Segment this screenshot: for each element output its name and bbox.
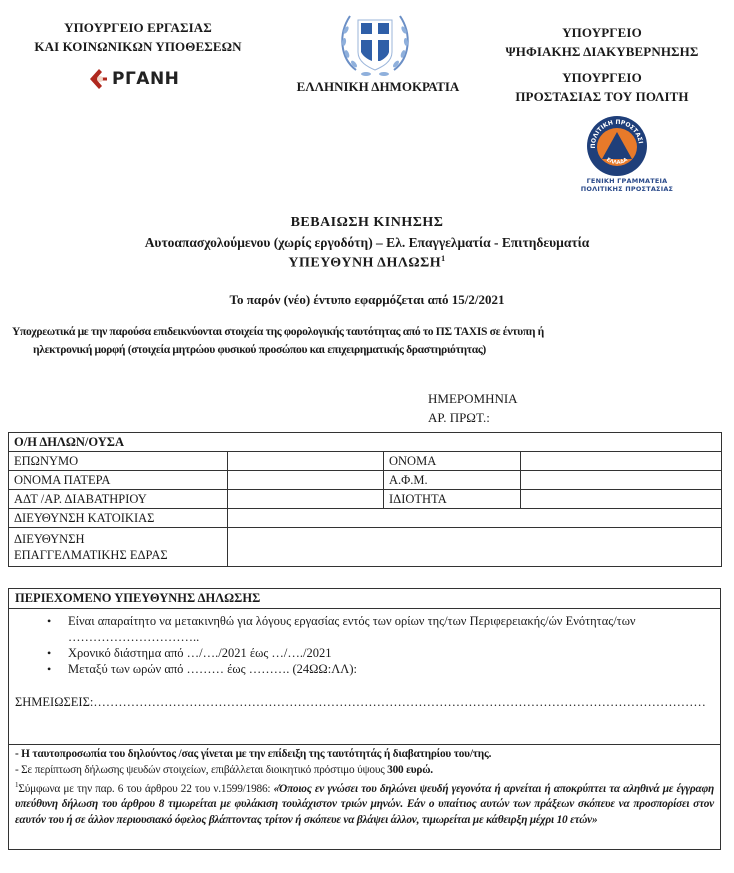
- work-movement-statement: Είναι απαραίτητο να μετακινηθώ για λόγου…: [68, 614, 636, 644]
- ministry-labour-line2: ΚΑΙ ΚΟΙΝΩΝΙΚΩΝ ΥΠΟΘΕΣΕΩΝ: [18, 37, 258, 56]
- ministry-labour-line1: ΥΠΟΥΡΓΕΙΟ ΕΡΓΑΣΙΑΣ: [18, 18, 258, 37]
- mandatory-notice: Υποχρεωτικά με την παρούσα επιδεικνύοντα…: [12, 323, 722, 359]
- date-label: ΗΜΕΡΟΜΗΝΙΑ: [428, 391, 518, 407]
- tax-id-label: Α.Φ.Μ.: [384, 471, 521, 490]
- declaration-content-header: ΠΕΡΙΕΧΟΜΕΝΟ ΥΠΕΥΘΥΝΗΣ ΔΗΛΩΣΗΣ: [9, 589, 720, 609]
- ergani-logo-text: ΡΓΑΝΗ: [112, 69, 179, 89]
- capacity-label: ΙΔΙΟΤΗΤΑ: [384, 490, 521, 509]
- mandatory-notice-line2: ηλεκτρονική μορφή (στοιχεία μητρώου φυσι…: [12, 341, 722, 359]
- time-period-statement: Χρονικό διάστημα από …/…./2021 έως …/…./…: [68, 646, 331, 660]
- civil-caption-line2: ΠΟΛΙΤΙΚΗΣ ΠΡΟΣΤΑΣΙΑΣ: [578, 185, 676, 193]
- father-name-field[interactable]: [228, 471, 384, 490]
- business-address-label-line2: ΕΠΑΓΓΕΛΜΑΤΙΚΗΣ ΕΔΡΑΣ: [14, 547, 222, 563]
- home-address-label: ΔΙΕΥΘΥΝΣΗ ΚΑΤΟΙΚΙΑΣ: [9, 509, 228, 528]
- legal-reference: 1Σύμφωνα με την παρ. 6 του άρθρου 22 του…: [15, 778, 714, 828]
- business-address-field[interactable]: [228, 528, 722, 567]
- mandatory-notice-line1: Υποχρεωτικά με την παρούσα επιδεικνύοντα…: [12, 323, 722, 341]
- validity-notice: Το παρόν (νέο) έντυπο εφαρμόζεται από 15…: [0, 292, 734, 308]
- document-subtitle: Αυτοαπασχολούμενου (χωρίς εργοδότη) – Ελ…: [0, 235, 734, 251]
- identity-note: - Η ταυτοπροσωπία του δηλούντος /σας γίν…: [15, 747, 714, 763]
- legal-footer: - Η ταυτοπροσωπία του δηλούντος /σας γίν…: [9, 744, 720, 849]
- protocol-number-label: ΑΡ. ΠΡΩΤ.:: [428, 410, 490, 426]
- declarant-table: Ο/Η ΔΗΛΩΝ/ΟΥΣΑ ΕΠΩΝΥΜΟ ΟΝΟΜΑ ΟΝΟΜΑ ΠΑΤΕΡ…: [8, 432, 722, 567]
- hours-statement: Μεταξύ των ωρών από ……… έως ………. (24ΩΩ:Λ…: [68, 662, 357, 676]
- tax-id-field[interactable]: [521, 471, 722, 490]
- penalty-amount: 300 ευρώ.: [387, 764, 433, 776]
- table-row: ΔΙΕΥΘΥΝΣΗ ΚΑΤΟΙΚΙΑΣ: [9, 509, 722, 528]
- first-name-label: ΟΝΟΜΑ: [384, 452, 521, 471]
- table-row: ΑΔΤ /ΑΡ. ΔΙΑΒΑΤΗΡΙΟΥ ΙΔΙΟΤΗΤΑ: [9, 490, 722, 509]
- notes-field[interactable]: ΣΗΜΕΙΩΣΕΙΣ:………………………………………………………………………………: [9, 695, 705, 710]
- ergani-arrow-icon: [88, 68, 110, 90]
- list-item[interactable]: • Είναι απαραίτητο να μετακινηθώ για λόγ…: [9, 613, 720, 645]
- bullet-icon: •: [47, 645, 51, 661]
- table-row: ΔΙΕΥΘΥΝΣΗ ΕΠΑΓΓΕΛΜΑΤΙΚΗΣ ΕΔΡΑΣ: [9, 528, 722, 567]
- id-passport-field[interactable]: [228, 490, 384, 509]
- list-item[interactable]: • Χρονικό διάστημα από …/…./2021 έως …/……: [9, 645, 720, 661]
- id-passport-label: ΑΔΤ /ΑΡ. ΔΙΑΒΑΤΗΡΙΟΥ: [9, 490, 228, 509]
- ministry-citizen-protection-heading: ΥΠΟΥΡΓΕΙΟ ΠΡΟΣΤΑΣΙΑΣ ΤΟΥ ΠΟΛΙΤΗ: [490, 68, 714, 106]
- ministry-digital-line2: ΨΗΦΙΑΚΗΣ ΔΙΑΚΥΒΕΡΝΗΣΗΣ: [490, 42, 714, 61]
- declarant-table-header-row: Ο/Η ΔΗΛΩΝ/ΟΥΣΑ: [9, 433, 722, 452]
- declaration-content-list: • Είναι απαραίτητο να μετακινηθώ για λόγ…: [9, 613, 720, 677]
- penalty-note: - Σε περίπτωση δήλωσης ψευδών στοιχείων,…: [15, 763, 714, 779]
- civil-protection-logo-icon: ΠΟΛΙΤΙΚΗ ΠΡΟΣΤΑΣΙΑ ΕΛΛΑΔΑ: [585, 114, 649, 178]
- father-name-label: ΟΝΟΜΑ ΠΑΤΕΡΑ: [9, 471, 228, 490]
- greek-coat-of-arms-icon: [336, 4, 414, 80]
- home-address-field[interactable]: [228, 509, 722, 528]
- penalty-note-text: - Σε περίπτωση δήλωσης ψευδών στοιχείων,…: [15, 764, 387, 776]
- document-type-text: ΥΠΕΥΘΥΝΗ ΔΗΛΩΣΗ: [288, 256, 441, 271]
- ergani-logo: ΡΓΑΝΗ: [88, 66, 188, 92]
- document-title: ΒΕΒΑΙΩΣΗ ΚΙΝΗΣΗΣ: [0, 215, 734, 231]
- ministry-digital-governance-heading: ΥΠΟΥΡΓΕΙΟ ΨΗΦΙΑΚΗΣ ΔΙΑΚΥΒΕΡΝΗΣΗΣ: [490, 23, 714, 61]
- business-address-label: ΔΙΕΥΘΥΝΣΗ ΕΠΑΓΓΕΛΜΑΤΙΚΗΣ ΕΔΡΑΣ: [9, 528, 228, 567]
- document-type-heading: ΥΠΕΥΘΥΝΗ ΔΗΛΩΣΗ1: [0, 254, 734, 272]
- table-row: ΕΠΩΝΥΜΟ ΟΝΟΜΑ: [9, 452, 722, 471]
- list-item[interactable]: • Μεταξύ των ωρών από ……… έως ………. (24ΩΩ…: [9, 661, 720, 677]
- business-address-label-line1: ΔΙΕΥΘΥΝΣΗ: [14, 531, 222, 547]
- ministry-citizen-line1: ΥΠΟΥΡΓΕΙΟ: [490, 68, 714, 87]
- capacity-field[interactable]: [521, 490, 722, 509]
- bullet-icon: •: [47, 613, 51, 629]
- ministry-labour-heading: ΥΠΟΥΡΓΕΙΟ ΕΡΓΑΣΙΑΣ ΚΑΙ ΚΟΙΝΩΝΙΚΩΝ ΥΠΟΘΕΣ…: [18, 18, 258, 56]
- declaration-content-box: ΠΕΡΙΕΧΟΜΕΝΟ ΥΠΕΥΘΥΝΗΣ ΔΗΛΩΣΗΣ • Είναι απ…: [8, 588, 721, 850]
- surname-label: ΕΠΩΝΥΜΟ: [9, 452, 228, 471]
- legal-reference-text: Σύμφωνα με την παρ. 6 του άρθρου 22 του …: [18, 783, 273, 795]
- first-name-field[interactable]: [521, 452, 722, 471]
- bullet-icon: •: [47, 661, 51, 677]
- declarant-table-header: Ο/Η ΔΗΛΩΝ/ΟΥΣΑ: [9, 433, 722, 452]
- civil-protection-caption: ΓΕΝΙΚΗ ΓΡΑΜΜΑΤΕΙΑ ΠΟΛΙΤΙΚΗΣ ΠΡΟΣΤΑΣΙΑΣ: [578, 177, 676, 193]
- ministry-digital-line1: ΥΠΟΥΡΓΕΙΟ: [490, 23, 714, 42]
- ministry-citizen-line2: ΠΡΟΣΤΑΣΙΑΣ ΤΟΥ ΠΟΛΙΤΗ: [490, 87, 714, 106]
- table-row: ΟΝΟΜΑ ΠΑΤΕΡΑ Α.Φ.Μ.: [9, 471, 722, 490]
- civil-caption-line1: ΓΕΝΙΚΗ ΓΡΑΜΜΑΤΕΙΑ: [578, 177, 676, 185]
- footnote-marker: 1: [441, 254, 446, 263]
- hellenic-republic-title: ΕΛΛΗΝΙΚΗ ΔΗΜΟΚΡΑΤΙΑ: [278, 79, 478, 95]
- surname-field[interactable]: [228, 452, 384, 471]
